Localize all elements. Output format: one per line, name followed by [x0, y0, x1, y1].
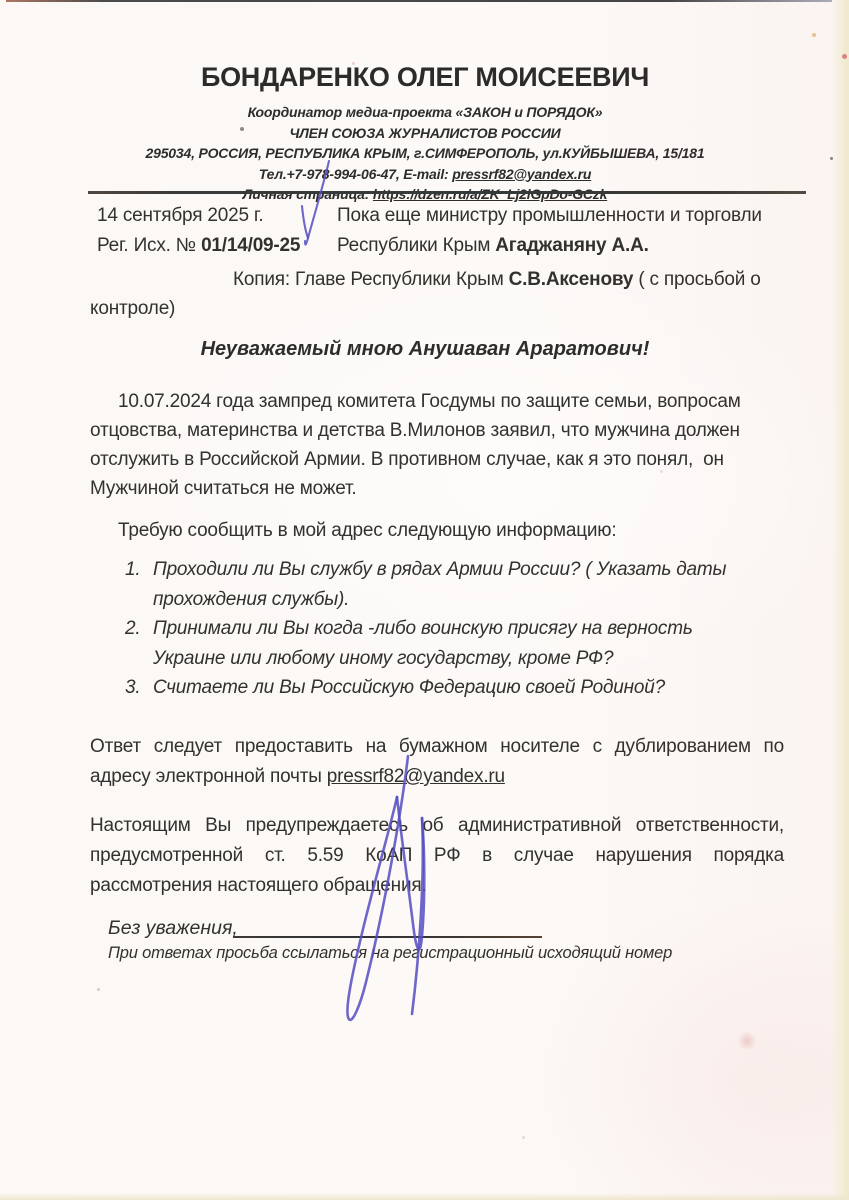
- personal-page-link[interactable]: https://dzen.ru/a/ZK_Lj2lGpDo-GCzk: [373, 186, 607, 202]
- reg-label: Рег. Исх. №: [97, 235, 201, 256]
- addressee-line1: Пока еще министру промышленности и торго…: [337, 201, 762, 231]
- paragraph-demand: Требую сообщить в мой адрес следующую ин…: [90, 516, 784, 545]
- list-item-number: 2.: [125, 614, 153, 673]
- pen-checkmark-arm-icon: [302, 206, 308, 238]
- paper-speck: [812, 33, 816, 37]
- sender-address: 295034, РОССИЯ, РЕСПУБЛИКА КРЫМ, г.СИМФЕ…: [80, 143, 770, 164]
- reply-email-link[interactable]: pressrf82@yandex.ru: [327, 766, 505, 787]
- copy-name: С.В.Аксенову: [509, 269, 634, 290]
- paragraph-warning-line1: Настоящим Вы предупреждаетесь об админис…: [90, 811, 784, 841]
- addressee-prefix: Республики Крым: [337, 235, 495, 256]
- paper-stain: [738, 1030, 756, 1052]
- paragraph-milonov: 10.07.2024 года зампред комитета Госдумы…: [90, 387, 784, 503]
- paper-speck: [522, 1136, 525, 1139]
- paper-speck: [660, 470, 663, 473]
- letterhead-divider: [88, 191, 806, 194]
- copy-line1: Копия: Главе Республики Крым С.В.Аксенов…: [90, 265, 784, 294]
- list-item-text: Считаете ли Вы Российскую Федерацию свое…: [153, 673, 735, 703]
- sender-email-link[interactable]: pressrf82@yandex.ru: [452, 166, 591, 182]
- questions-list: 1. Проходили ли Вы службу в рядах Армии …: [125, 555, 735, 703]
- paragraph-answer-line1: Ответ следует предоставить на бумажном н…: [90, 732, 784, 762]
- paper-speck: [97, 988, 100, 991]
- letterhead: БОНДАРЕНКО ОЛЕГ МОИСЕЕВИЧ Координатор ме…: [80, 62, 770, 205]
- scan-bottom-edge: [0, 1193, 849, 1200]
- salutation: Неуважаемый мною Анушаван Араратович!: [80, 338, 770, 361]
- scan-right-edge: [832, 0, 849, 1200]
- list-item: 3. Считаете ли Вы Российскую Федерацию с…: [125, 673, 735, 703]
- copy-line2: контроле): [90, 294, 784, 323]
- list-item-number: 1.: [125, 555, 153, 614]
- reply-email-label: адресу электронной почты: [90, 766, 327, 787]
- paper-speck: [240, 127, 244, 131]
- closing-phrase: Без уважения,: [108, 917, 238, 940]
- registration-number-line: Рег. Исх. № 01/14/09-25: [97, 231, 300, 261]
- list-item-text: Принимали ли Вы когда -либо воинскую при…: [153, 614, 735, 673]
- personal-page-label: Личная страница:: [243, 186, 373, 202]
- copy-block: Копия: Главе Республики Крым С.В.Аксенов…: [90, 265, 784, 323]
- sender-membership: ЧЛЕН СОЮЗА ЖУРНАЛИСТОВ РОССИИ: [80, 123, 770, 144]
- paragraph-warning-line3: рассмотрения настоящего обращения.: [90, 871, 784, 901]
- list-item: 1. Проходили ли Вы службу в рядах Армии …: [125, 555, 735, 614]
- scanned-letter-page: БОНДАРЕНКО ОЛЕГ МОИСЕЕВИЧ Координатор ме…: [0, 0, 849, 1200]
- paragraph-answer-line2: адресу электронной почты pressrf82@yande…: [90, 762, 784, 792]
- registration-block: 14 сентября 2025 г. Рег. Исх. № 01/14/09…: [97, 201, 300, 261]
- paragraph-warning: Настоящим Вы предупреждаетесь об админис…: [90, 811, 784, 901]
- paper-speck: [352, 62, 355, 65]
- copy-prefix: Копия: Главе Республики Крым: [233, 269, 509, 290]
- list-item-text: Проходили ли Вы службу в рядах Армии Рос…: [153, 555, 735, 614]
- list-item: 2. Принимали ли Вы когда -либо воинскую …: [125, 614, 735, 673]
- signature-underline: [233, 936, 542, 938]
- addressee-name: Агаджаняну А.А.: [495, 235, 648, 256]
- scan-top-edge: [6, 0, 832, 2]
- paragraph-warning-line2: предусмотренной ст. 5.59 КоАП РФ в случа…: [90, 841, 784, 871]
- paper-speck: [842, 54, 847, 59]
- sender-name: БОНДАРЕНКО ОЛЕГ МОИСЕЕВИЧ: [80, 62, 770, 93]
- sender-role: Координатор медиа-проекта «ЗАКОН и ПОРЯД…: [80, 102, 770, 123]
- list-item-number: 3.: [125, 673, 153, 703]
- sender-contacts: Тел.+7-978-994-06-47, E-mail: pressrf82@…: [80, 164, 770, 185]
- addressee-block: Пока еще министру промышленности и торго…: [337, 201, 762, 261]
- copy-suffix: ( с просьбой о: [633, 269, 760, 290]
- paragraph-answer: Ответ следует предоставить на бумажном н…: [90, 732, 784, 792]
- letter-date: 14 сентября 2025 г.: [97, 201, 300, 231]
- reg-number: 01/14/09-25: [201, 235, 300, 256]
- paper-speck: [830, 157, 833, 160]
- addressee-line2: Республики Крым Агаджаняну А.А.: [337, 231, 762, 261]
- sender-phone-label: Тел.+7-978-994-06-47, E-mail:: [259, 166, 452, 182]
- footnote: При ответах просьба ссылаться на регистр…: [108, 944, 672, 963]
